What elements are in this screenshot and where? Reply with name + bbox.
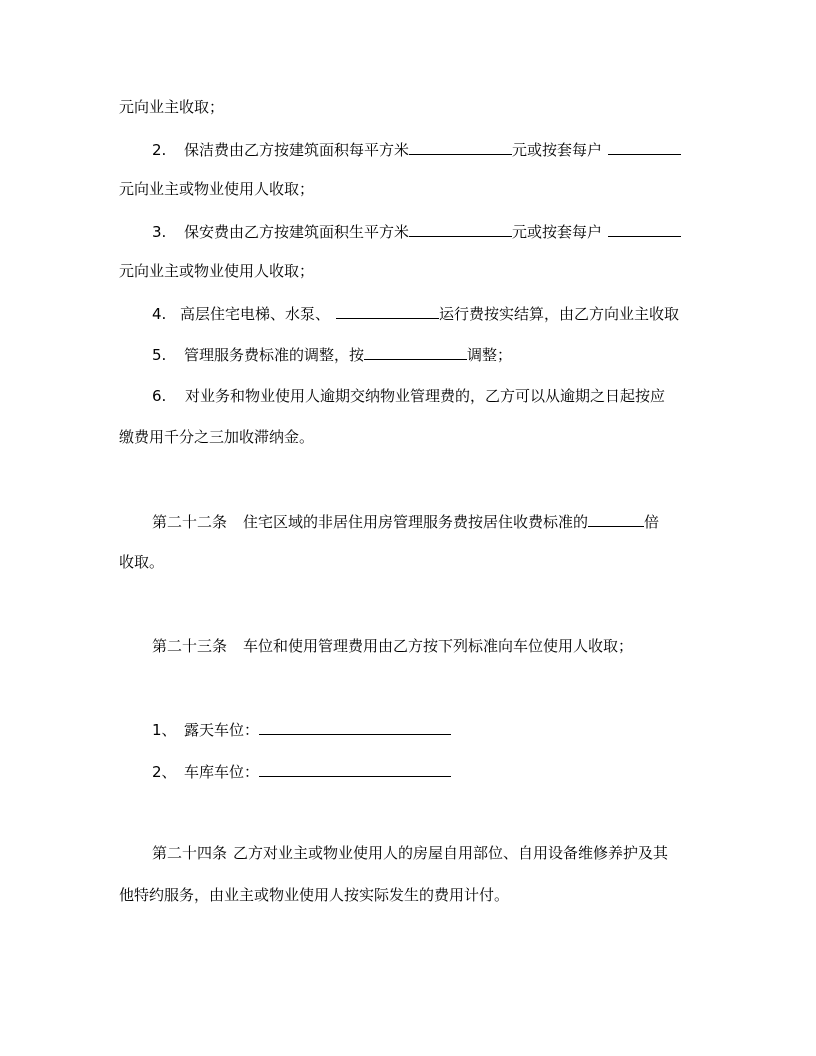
blank-field-garage-parking[interactable]: [259, 761, 451, 777]
text: 元向业主或物业使用人收取；: [119, 262, 314, 280]
text: 调整；: [467, 346, 512, 364]
article-title: 第二十三条: [152, 637, 227, 655]
list-item-late-fee: 6.对业务和物业使用人逾期交纳物业管理费的，乙方可以从逾期之日起按应: [152, 386, 665, 406]
item-number: 1、: [152, 720, 184, 740]
text: 车位和使用管理费用由乙方按下列标准向车位使用人收取；: [243, 637, 633, 655]
text: 缴费用千分之三加收滞纳金。: [119, 428, 314, 446]
text: 管理服务费标准的调整，按: [184, 346, 364, 364]
paragraph-continuation: 元向业主收取；: [119, 97, 224, 117]
text: 倍: [644, 513, 659, 531]
blank-field-multiplier[interactable]: [588, 511, 644, 527]
paragraph-continuation: 收取。: [119, 552, 164, 572]
parking-item-open-air: 1、露天车位：: [152, 719, 451, 739]
blank-field-open-air-parking[interactable]: [259, 719, 451, 735]
article-22: 第二十二条住宅区域的非居住用房管理服务费按居住收费标准的倍: [152, 511, 659, 531]
item-number: 2、: [152, 762, 184, 782]
text: 住宅区域的非居住用房管理服务费按居住收费标准的: [243, 513, 588, 531]
blank-field-per-sqm[interactable]: [409, 221, 512, 237]
paragraph-continuation: 缴费用千分之三加收滞纳金。: [119, 427, 314, 447]
text: 高层住宅电梯、水泵、: [180, 305, 330, 323]
blank-field-equipment[interactable]: [336, 303, 439, 319]
paragraph-continuation: 元向业主或物业使用人收取；: [119, 261, 314, 281]
list-item-elevator-fee: 4.高层住宅电梯、水泵、运行费按实结算，由乙方向业主收取: [152, 303, 679, 323]
text: 元或按套每户: [512, 223, 602, 241]
text: 收取。: [119, 553, 164, 571]
article-23: 第二十三条车位和使用管理费用由乙方按下列标准向车位使用人收取；: [152, 636, 633, 656]
list-item-cleaning-fee: 2.保洁费由乙方按建筑面积每平方米元或按套每户: [152, 139, 681, 159]
text: 元或按套每户: [512, 141, 602, 159]
item-number: 5.: [152, 345, 184, 365]
item-number: 2.: [152, 140, 184, 160]
item-number: 3.: [152, 222, 184, 242]
parking-item-garage: 2、车库车位：: [152, 761, 451, 781]
blank-field-per-unit[interactable]: [608, 221, 681, 237]
text: 元向业主收取；: [119, 98, 224, 116]
blank-field-adjustment-basis[interactable]: [364, 344, 467, 360]
text: 乙方对业主或物业使用人的房屋自用部位、自用设备维修养护及其: [233, 844, 668, 862]
blank-field-per-sqm[interactable]: [409, 139, 512, 155]
text: 对业务和物业使用人逾期交纳物业管理费的，乙方可以从逾期之日起按应: [185, 387, 665, 405]
list-item-security-fee: 3.保安费由乙方按建筑面积生平方米元或按套每户: [152, 221, 681, 241]
text: 运行费按实结算，由乙方向业主收取: [439, 305, 679, 323]
item-number: 6.: [152, 386, 185, 406]
text: 他特约服务，由业主或物业使用人按实际发生的费用计付。: [119, 886, 509, 904]
text: 保安费由乙方按建筑面积生平方米: [184, 223, 409, 241]
text: 车库车位：: [184, 763, 259, 781]
article-title: 第二十四条: [152, 844, 227, 862]
article-title: 第二十二条: [152, 513, 227, 531]
paragraph-continuation: 他特约服务，由业主或物业使用人按实际发生的费用计付。: [119, 885, 509, 905]
blank-field-per-unit[interactable]: [608, 139, 681, 155]
item-number: 4.: [152, 304, 180, 324]
paragraph-continuation: 元向业主或物业使用人收取；: [119, 179, 314, 199]
article-24: 第二十四条乙方对业主或物业使用人的房屋自用部位、自用设备维修养护及其: [152, 843, 668, 863]
text: 元向业主或物业使用人收取；: [119, 180, 314, 198]
text: 保洁费由乙方按建筑面积每平方米: [184, 141, 409, 159]
text: 露天车位：: [184, 721, 259, 739]
list-item-fee-adjustment: 5.管理服务费标准的调整，按调整；: [152, 344, 512, 364]
